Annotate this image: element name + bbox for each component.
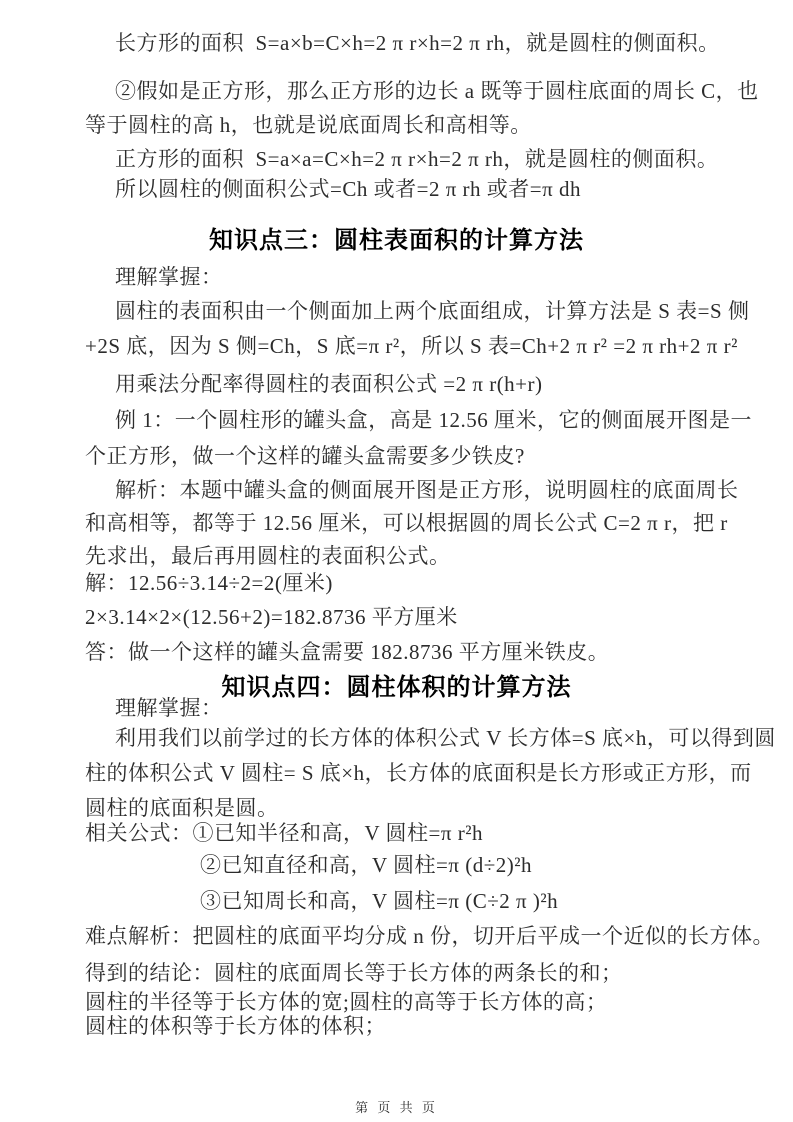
text-line: +2S 底，因为 S 侧=Ch，S 底=π r²，所以 S 表=Ch+2 π r… (85, 333, 738, 359)
text-line: 利用我们以前学过的长方体的体积公式 V 长方体=S 底×h，可以得到圆 (115, 725, 776, 751)
text-line: 理解掌握： (115, 695, 223, 721)
text-line: 2×3.14×2×(12.56+2)=182.8736 平方厘米 (85, 604, 458, 630)
text-line: 相关公式：①已知半径和高，V 圆柱=π r²h (85, 820, 483, 846)
text-line: ③已知周长和高，V 圆柱=π (C÷2 π )²h (200, 888, 558, 914)
text-line: 个正方形，做一个这样的罐头盒需要多少铁皮? (85, 443, 525, 469)
page-footer: 第 页 共 页 (0, 1097, 793, 1116)
text-line: 圆柱的表面积由一个侧面加上两个底面组成，计算方法是 S 表=S 侧 (115, 298, 749, 324)
text-line: 得到的结论：圆柱的底面周长等于长方体的两条长的和； (85, 960, 623, 986)
text-line: 解析：本题中罐头盒的侧面展开图是正方形，说明圆柱的底面周长 (115, 477, 739, 503)
text-line: 答：做一个这样的罐头盒需要 182.8736 平方厘米铁皮。 (85, 639, 609, 665)
text-line: 圆柱的底面积是圆。 (85, 795, 279, 821)
text-line: 正方形的面积 S=a×a=C×h=2 π r×h=2 π rh，就是圆柱的侧面积… (115, 146, 718, 172)
text-line: 先求出，最后再用圆柱的表面积公式。 (85, 543, 451, 569)
text-line: 圆柱的体积等于长方体的体积； (85, 1013, 386, 1039)
text-line: 例 1：一个圆柱形的罐头盒，高是 12.56 厘米，它的侧面展开图是一 (115, 407, 752, 433)
text-line: 和高相等，都等于 12.56 厘米，可以根据圆的周长公式 C=2 π r，把 r (85, 510, 728, 536)
text-line: ②已知直径和高，V 圆柱=π (d÷2)²h (200, 852, 532, 878)
text-line: 等于圆柱的高 h，也就是说底面周长和高相等。 (85, 112, 532, 138)
text-line: ②假如是正方形，那么正方形的边长 a 既等于圆柱底面的周长 C，也 (115, 78, 759, 104)
text-line: 长方形的面积 S=a×b=C×h=2 π r×h=2 π rh，就是圆柱的侧面积… (115, 30, 720, 56)
text-line: 所以圆柱的侧面积公式=Ch 或者=2 π rh 或者=π dh (115, 176, 581, 202)
text-line: 用乘法分配率得圆柱的表面积公式 =2 π r(h+r) (115, 371, 543, 397)
text-line: 解：12.56÷3.14÷2=2(厘米) (85, 570, 333, 596)
document-page: 长方形的面积 S=a×b=C×h=2 π r×h=2 π rh，就是圆柱的侧面积… (0, 0, 793, 1122)
section-heading-3: 知识点三：圆柱表面积的计算方法 (0, 220, 793, 255)
text-line: 难点解析：把圆柱的底面平均分成 n 份，切开后平成一个近似的长方体。 (85, 923, 774, 949)
text-line: 理解掌握： (115, 264, 223, 290)
text-line: 圆柱的半径等于长方体的宽;圆柱的高等于长方体的高； (85, 989, 607, 1015)
text-line: 柱的体积公式 V 圆柱= S 底×h，长方体的底面积是长方形或正方形，而 (85, 760, 752, 786)
